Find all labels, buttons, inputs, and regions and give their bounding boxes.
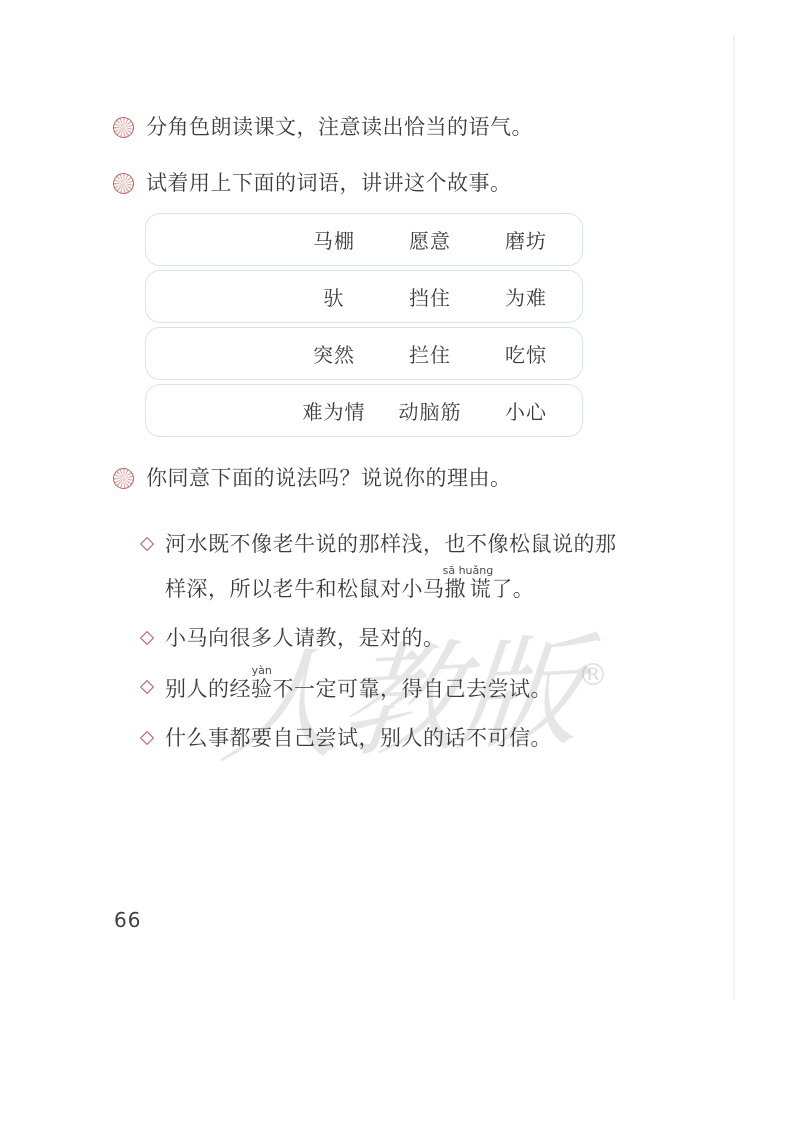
seal-stamp-icon xyxy=(113,468,134,489)
vocabulary-word: 为难 xyxy=(478,282,574,311)
statement-text: 什么事都要自己尝试，别人的话不可信。 xyxy=(165,716,637,761)
page-number: 66 xyxy=(114,908,141,932)
vocabulary-word: 吃惊 xyxy=(478,339,574,368)
diamond-bullet-icon xyxy=(140,631,154,645)
statement-text: 河水既不像老牛说的那样浅，也不像松鼠说的那样深，所以老牛和松鼠对小马撒谎sā h… xyxy=(165,522,637,612)
vocabulary-word: 驮 xyxy=(286,282,382,311)
seal-stamp-icon xyxy=(113,173,134,194)
vocabulary-word: 马棚 xyxy=(286,225,382,254)
vocabulary-word: 动脑筋 xyxy=(382,396,478,425)
statement-list: 河水既不像老牛说的那样浅，也不像松鼠说的那样深，所以老牛和松鼠对小马撒谎sā h… xyxy=(141,522,646,765)
vocabulary-word: 磨坊 xyxy=(478,225,574,254)
section-instruction: 试着用上下面的词语，讲讲这个故事。 xyxy=(146,169,512,197)
vocabulary-word: 小心 xyxy=(478,396,574,425)
statement-item: 什么事都要自己尝试，别人的话不可信。 xyxy=(141,716,646,761)
pinyin-annotated-word: 撒谎sā huǎng xyxy=(445,577,492,601)
pinyin-annotated-word: 验yàn xyxy=(251,677,273,701)
page-edge-line xyxy=(733,35,735,1000)
word-box: 难为情动脑筋小心 xyxy=(145,384,583,437)
diamond-bullet-icon xyxy=(140,537,154,551)
statement-text: 小马向很多人请教，是对的。 xyxy=(165,616,637,661)
section-instruction: 你同意下面的说法吗？说说你的理由。 xyxy=(146,464,512,492)
statement-item: 别人的经验yàn不一定可靠，得自己去尝试。 xyxy=(141,665,646,712)
pinyin-text: yàn xyxy=(251,664,272,677)
vocabulary-word: 愿意 xyxy=(382,225,478,254)
textbook-page: 分角色朗读课文，注意读出恰当的语气。 试着用上下面的词语，讲讲这个故事。 马棚愿… xyxy=(0,0,793,1121)
statement-item: 小马向很多人请教，是对的。 xyxy=(141,616,646,661)
section-discuss-statements: 你同意下面的说法吗？说说你的理由。 xyxy=(113,464,512,492)
word-box: 突然拦住吃惊 xyxy=(145,327,583,380)
diamond-bullet-icon xyxy=(140,731,154,745)
diamond-bullet-icon xyxy=(140,680,154,694)
pinyin-text: sā huǎng xyxy=(443,564,494,577)
vocabulary-word: 突然 xyxy=(286,339,382,368)
statement-text: 别人的经验yàn不一定可靠，得自己去尝试。 xyxy=(165,665,637,712)
word-box-list: 马棚愿意磨坊驮挡住为难突然拦住吃惊难为情动脑筋小心 xyxy=(145,213,583,441)
vocabulary-word: 拦住 xyxy=(382,339,478,368)
statement-item: 河水既不像老牛说的那样浅，也不像松鼠说的那样深，所以老牛和松鼠对小马撒谎sā h… xyxy=(141,522,646,612)
vocabulary-word: 挡住 xyxy=(382,282,478,311)
seal-stamp-icon xyxy=(113,117,134,138)
word-box: 马棚愿意磨坊 xyxy=(145,213,583,266)
vocabulary-word: 难为情 xyxy=(286,396,382,425)
section-read-aloud: 分角色朗读课文，注意读出恰当的语气。 xyxy=(113,113,533,141)
section-retell-story: 试着用上下面的词语，讲讲这个故事。 xyxy=(113,169,512,197)
word-box: 驮挡住为难 xyxy=(145,270,583,323)
section-instruction: 分角色朗读课文，注意读出恰当的语气。 xyxy=(146,113,533,141)
